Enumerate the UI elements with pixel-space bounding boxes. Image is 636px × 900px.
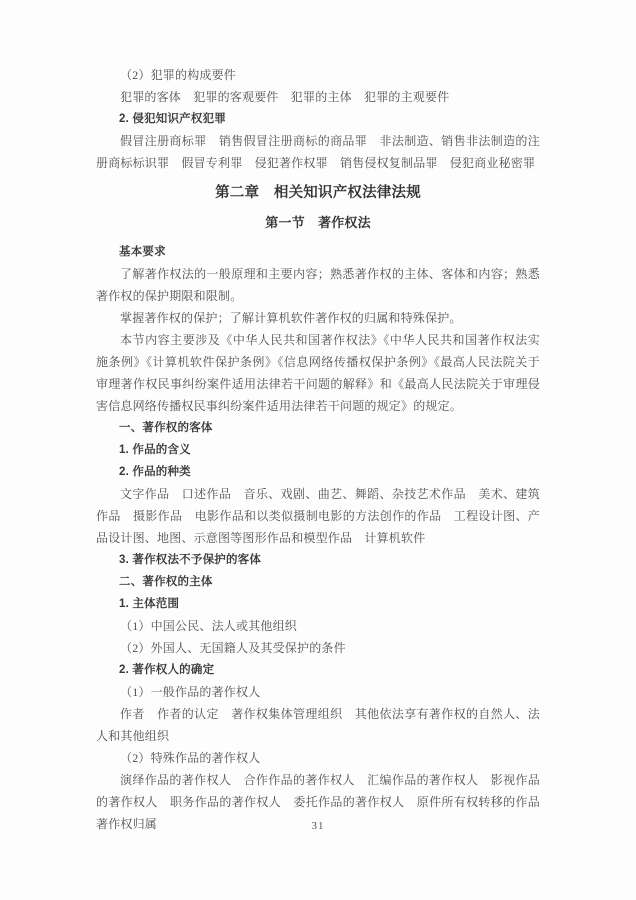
list-item: （1）一般作品的著作权人: [96, 681, 540, 703]
subheading: 2. 作品的种类: [96, 461, 540, 483]
body-paragraph: 本节内容主要涉及《中华人民共和国著作权法》《中华人民共和国著作权法实施条例》《计…: [96, 329, 540, 417]
body-paragraph: 文字作品 口述作品 音乐、戏剧、曲艺、舞蹈、杂技艺术作品 美术、建筑作品 摄影作…: [96, 483, 540, 549]
body-paragraph: 掌握著作权的保护；了解计算机软件著作权的归属和特殊保护。: [96, 307, 540, 329]
subheading: 3. 著作权法不予保护的客体: [96, 549, 540, 571]
list-item: （2）外国人、无国籍人及其受保护的条件: [96, 637, 540, 659]
subheading: 基本要求: [96, 241, 540, 263]
chapter-heading: 第二章 相关知识产权法律法规: [96, 182, 540, 204]
page-number: 31: [0, 820, 636, 832]
body-paragraph: 作者 作者的认定 著作权集体管理组织 其他依法享有著作权的自然人、法人和其他组织: [96, 703, 540, 747]
body-paragraph: 犯罪的客体 犯罪的客观要件 犯罪的主体 犯罪的主观要件: [96, 86, 540, 108]
section-heading: 第一节 著作权法: [96, 212, 540, 234]
subheading: 2. 侵犯知识产权犯罪: [96, 108, 540, 130]
body-paragraph: 了解著作权法的一般原理和主要内容；熟悉著作权的主体、客体和内容；熟悉著作权的保护…: [96, 263, 540, 307]
subheading: 1. 作品的含义: [96, 439, 540, 461]
document-page: （2）犯罪的构成要件犯罪的客体 犯罪的客观要件 犯罪的主体 犯罪的主观要件2. …: [0, 0, 636, 900]
body-paragraph: 假冒注册商标罪 销售假冒注册商标的商品罪 非法制造、销售非法制造的注册商标标识罪…: [96, 130, 540, 174]
subheading: 一、著作权的客体: [96, 417, 540, 439]
subheading: 1. 主体范围: [96, 593, 540, 615]
subheading: 二、著作权的主体: [96, 571, 540, 593]
list-item: （2）犯罪的构成要件: [96, 64, 540, 86]
document-body: （2）犯罪的构成要件犯罪的客体 犯罪的客观要件 犯罪的主体 犯罪的主观要件2. …: [96, 64, 540, 835]
list-item: （2）特殊作品的著作权人: [96, 747, 540, 769]
list-item: （1）中国公民、法人或其他组织: [96, 615, 540, 637]
subheading: 2. 著作权人的确定: [96, 659, 540, 681]
